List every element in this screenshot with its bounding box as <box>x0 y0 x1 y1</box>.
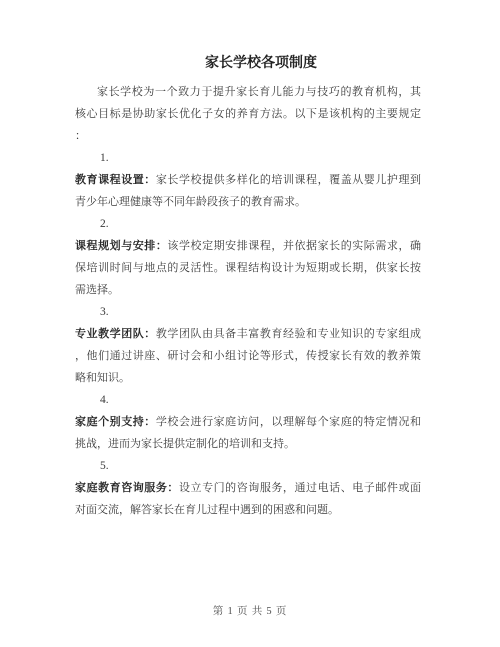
item-2-line-1: 课程规划与安排：该学校定期安排课程，并依据家长的实际需求，确 <box>75 235 421 257</box>
item-5-number: 5. <box>75 455 421 477</box>
item-3-line-2: ，他们通过讲座、研讨会和小组讨论等形式，传授家长有效的教养策 <box>75 345 421 367</box>
item-1-text: 家长学校提供多样化的培训课程，覆盖从婴儿护理到 <box>156 174 421 186</box>
item-2-text: 该学校定期安排课程，并依据家长的实际需求，确 <box>167 240 421 252</box>
item-3-heading: 专业教学团队： <box>75 328 156 340</box>
document-title: 家长学校各项制度 <box>75 53 421 75</box>
item-2-line-2: 保培训时间与地点的灵活性。课程结构设计为短期或长期，供家长按 <box>75 257 421 279</box>
intro-line-2: 核心目标是协助家长优化子女的养育方法。以下是该机构的主要规定 <box>75 103 421 125</box>
intro-line-3: ： <box>75 125 421 147</box>
item-5-text: 设立专门的咨询服务，通过电话、电子邮件或面 <box>179 482 421 494</box>
item-4-text: 学校会进行家庭访问，以理解每个家庭的特定情况和 <box>156 416 421 428</box>
item-2-number: 2. <box>75 213 421 235</box>
item-3-line-1: 专业教学团队：教学团队由具备丰富教育经验和专业知识的专家组成 <box>75 323 421 345</box>
item-1-number: 1. <box>75 147 421 169</box>
item-3-number: 3. <box>75 301 421 323</box>
item-4-number: 4. <box>75 389 421 411</box>
document-body: 家长学校各项制度 家长学校为一个致力于提升家长育儿能力与技巧的教育机构，其 核心… <box>75 53 421 521</box>
item-1-line-2: 青少年心理健康等不同年龄段孩子的教育需求。 <box>75 191 421 213</box>
item-5-line-2: 对面交流，解答家长在育儿过程中遇到的困惑和问题。 <box>75 499 421 521</box>
item-4-line-2: 挑战，进而为家长提供定制化的培训和支持。 <box>75 433 421 455</box>
document-page: 家长学校各项制度 家长学校为一个致力于提升家长育儿能力与技巧的教育机构，其 核心… <box>0 0 500 647</box>
item-2-line-3: 需选择。 <box>75 279 421 301</box>
item-5-line-1: 家庭教育咨询服务：设立专门的咨询服务，通过电话、电子邮件或面 <box>75 477 421 499</box>
item-3-line-3: 略和知识。 <box>75 367 421 389</box>
item-5-heading: 家庭教育咨询服务： <box>75 482 179 494</box>
item-1-heading: 教育课程设置： <box>75 174 156 186</box>
item-4-line-1: 家庭个别支持：学校会进行家庭访问，以理解每个家庭的特定情况和 <box>75 411 421 433</box>
item-3-text: 教学团队由具备丰富教育经验和专业知识的专家组成 <box>156 328 421 340</box>
item-4-heading: 家庭个别支持： <box>75 416 156 428</box>
page-footer: 第 1 页 共 5 页 <box>0 602 500 622</box>
intro-line-1: 家长学校为一个致力于提升家长育儿能力与技巧的教育机构，其 <box>75 81 421 103</box>
item-2-heading: 课程规划与安排： <box>75 240 167 252</box>
item-1-line-1: 教育课程设置：家长学校提供多样化的培训课程，覆盖从婴儿护理到 <box>75 169 421 191</box>
